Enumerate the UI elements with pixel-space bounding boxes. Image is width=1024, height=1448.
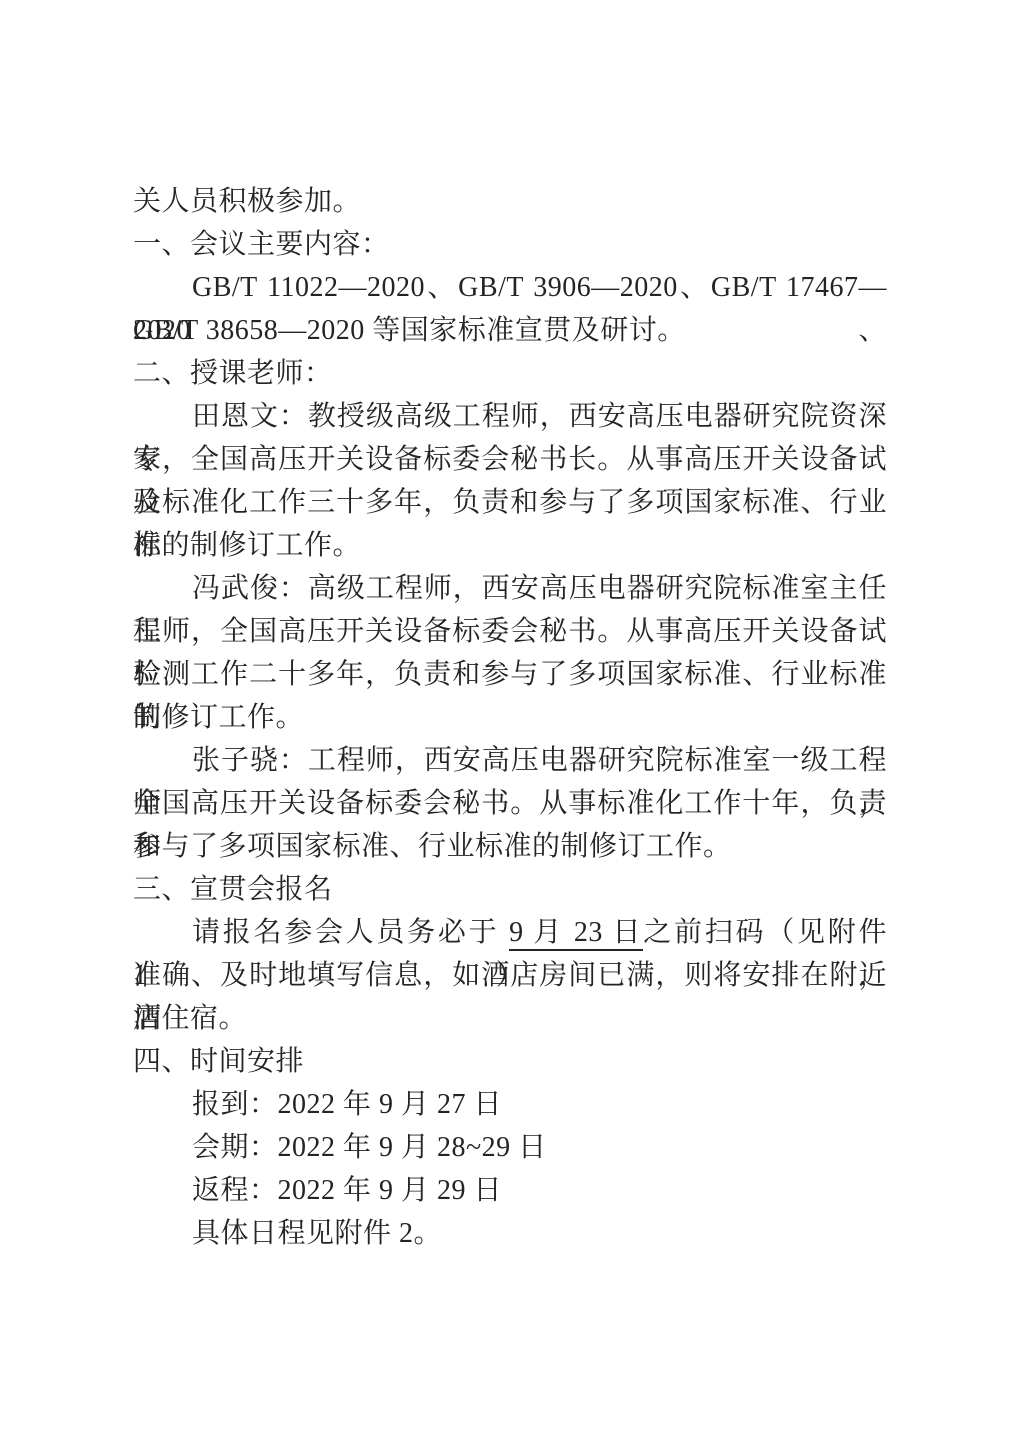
text-line: 返程：2022 年 9 月 29 日 <box>133 1169 887 1212</box>
para-teacher-zhangzixiao: 张子骁：工程师，西安高压电器研究院标准室一级工程师，全国高压开关设备标委会秘书。… <box>133 739 887 868</box>
document-page: 关人员积极参加。一、会议主要内容：GB/T 11022—2020、GB/T 39… <box>0 0 1024 1448</box>
text-run: 店住宿。 <box>133 1003 247 1034</box>
text-line: 制修订工作。 <box>133 696 887 739</box>
text-run: 具体日程见附件 2。 <box>192 1218 442 1249</box>
text-run: 会期：2022 年 9 月 28~29 日 <box>192 1132 547 1163</box>
text-line: GB/T 11022—2020、GB/T 3906—2020、GB/T 1746… <box>133 266 887 309</box>
heading-section-2: 二、授课老师： <box>133 352 887 395</box>
text-run: 请报名参会人员务必于 <box>192 917 509 948</box>
text-run: 四、时间安排 <box>133 1046 304 1077</box>
line-checkin-date: 报到：2022 年 9 月 27 日 <box>133 1083 887 1126</box>
text-run: 关人员积极参加。 <box>133 186 361 217</box>
text-line: 关人员积极参加。 <box>133 180 887 223</box>
text-run: 三、宣贯会报名 <box>133 874 333 905</box>
text-line: 店住宿。 <box>133 997 887 1040</box>
text-line: 参与了多项国家标准、行业标准的制修订工作。 <box>133 825 887 868</box>
text-run: GB/T 38658—2020 等国家标准宣贯及研讨。 <box>133 315 686 346</box>
text-line: 全国高压开关设备标委会秘书。从事标准化工作十年，负责和 <box>133 782 887 825</box>
text-run: 返程：2022 年 9 月 29 日 <box>192 1175 502 1206</box>
text-line: 一、会议主要内容： <box>133 223 887 266</box>
heading-section-4: 四、时间安排 <box>133 1040 887 1083</box>
text-line: 具体日程见附件 2。 <box>133 1212 887 1255</box>
text-run: 二、授课老师： <box>133 358 333 389</box>
text-line: 检测工作二十多年，负责和参与了多项国家标准、行业标准的 <box>133 653 887 696</box>
text-line: 二、授课老师： <box>133 352 887 395</box>
text-run: 准的制修订工作。 <box>133 530 361 561</box>
heading-section-1: 一、会议主要内容： <box>133 223 887 266</box>
text-line: 家，全国高压开关设备标委会秘书长。从事高压开关设备试验 <box>133 438 887 481</box>
document-body: 关人员积极参加。一、会议主要内容：GB/T 11022—2020、GB/T 39… <box>133 180 887 1255</box>
underlined-date: 9 月 23 日 <box>509 917 643 951</box>
text-run: 参与了多项国家标准、行业标准的制修订工作。 <box>133 831 732 862</box>
text-line: 三、宣贯会报名 <box>133 868 887 911</box>
text-line: 及标准化工作三十多年，负责和参与了多项国家标准、行业标 <box>133 481 887 524</box>
text-line: 会期：2022 年 9 月 28~29 日 <box>133 1126 887 1169</box>
text-line: 请报名参会人员务必于 9 月 23 日之前扫码（见附件 1）， <box>133 911 887 954</box>
text-line: 田恩文：教授级高级工程师，西安高压电器研究院资深专 <box>133 395 887 438</box>
text-line: 冯武俊：高级工程师，西安高压电器研究院标准室主任工 <box>133 567 887 610</box>
para-registration: 请报名参会人员务必于 9 月 23 日之前扫码（见附件 1），准确、及时地填写信… <box>133 911 887 1040</box>
line-schedule-note: 具体日程见附件 2。 <box>133 1212 887 1255</box>
text-run: 报到：2022 年 9 月 27 日 <box>192 1089 502 1120</box>
heading-section-3: 三、宣贯会报名 <box>133 868 887 911</box>
text-line: 准确、及时地填写信息，如酒店房间已满，则将安排在附近酒 <box>133 954 887 997</box>
text-run: 制修订工作。 <box>133 702 304 733</box>
text-line: 张子骁：工程师，西安高压电器研究院标准室一级工程师， <box>133 739 887 782</box>
para-previous-page-tail: 关人员积极参加。 <box>133 180 887 223</box>
text-line: 准的制修订工作。 <box>133 524 887 567</box>
para-standards-list: GB/T 11022—2020、GB/T 3906—2020、GB/T 1746… <box>133 266 887 352</box>
text-line: 程师，全国高压开关设备标委会秘书。从事高压开关设备试验 <box>133 610 887 653</box>
text-line: 四、时间安排 <box>133 1040 887 1083</box>
text-run: 一、会议主要内容： <box>133 229 390 260</box>
text-line: 报到：2022 年 9 月 27 日 <box>133 1083 887 1126</box>
para-teacher-fengwujun: 冯武俊：高级工程师，西安高压电器研究院标准室主任工程师，全国高压开关设备标委会秘… <box>133 567 887 739</box>
para-teacher-tianenwen: 田恩文：教授级高级工程师，西安高压电器研究院资深专家，全国高压开关设备标委会秘书… <box>133 395 887 567</box>
line-meeting-dates: 会期：2022 年 9 月 28~29 日 <box>133 1126 887 1169</box>
line-return-date: 返程：2022 年 9 月 29 日 <box>133 1169 887 1212</box>
